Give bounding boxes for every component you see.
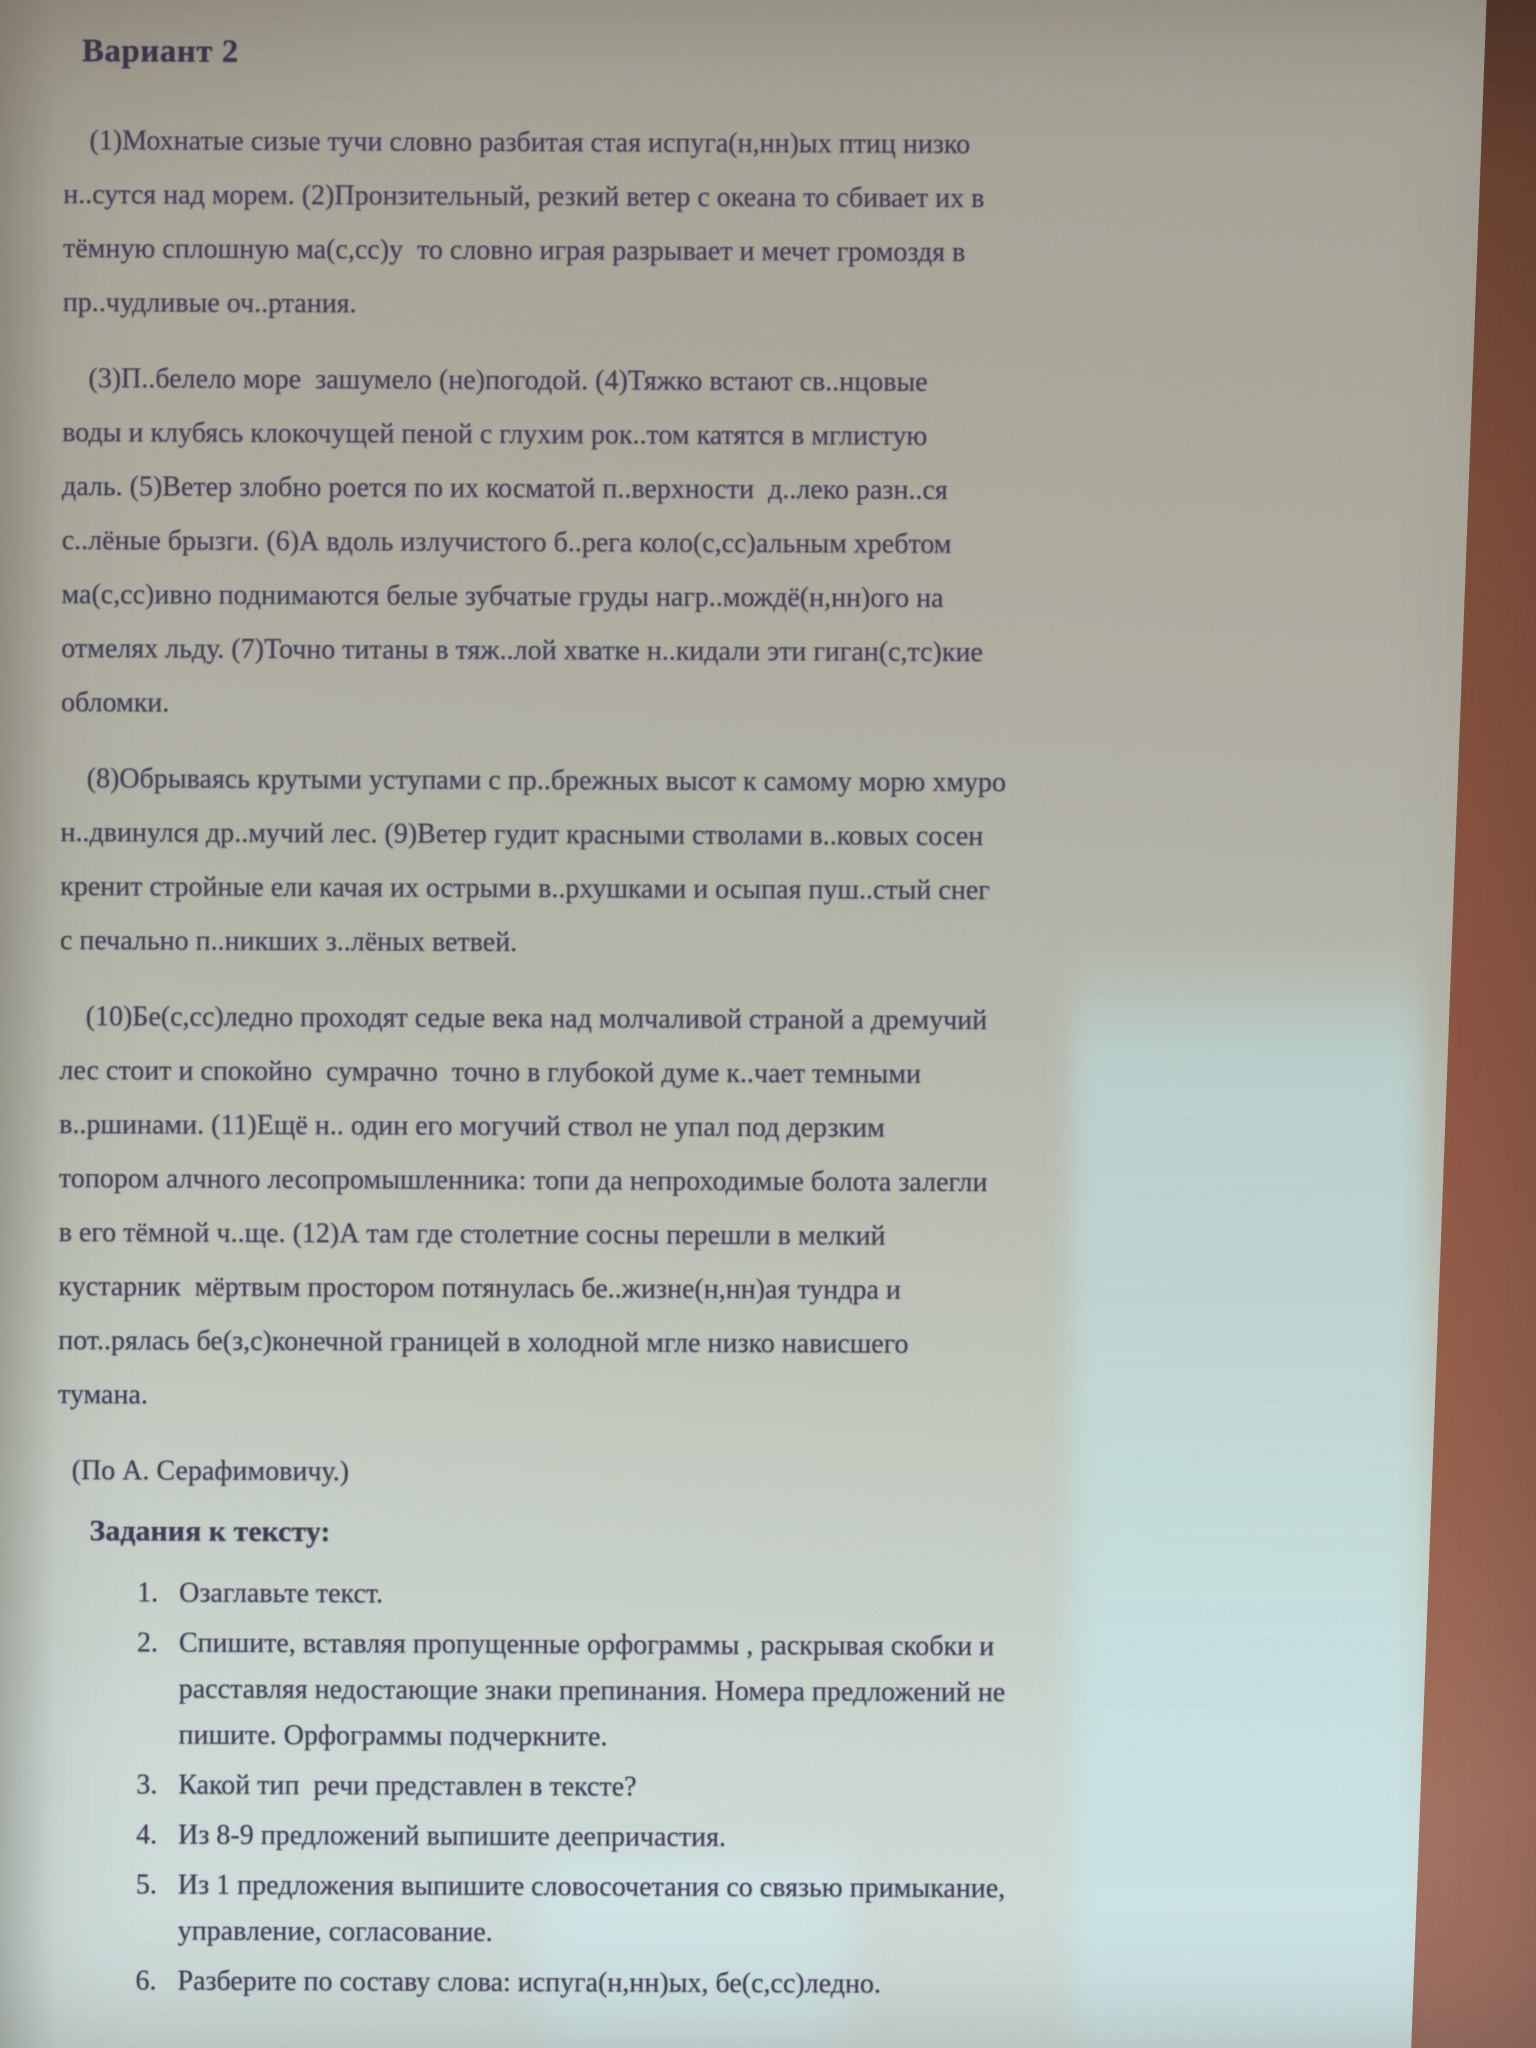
text-paragraph-4: (10)Бе(с,сс)ледно проходят седые века на… (58, 990, 1239, 1427)
author-attribution: (По А. Серафимовичу.) (72, 1444, 1237, 1503)
worksheet-content: Вариант 2 (1)Мохнатые сизые тучи словно … (49, 28, 1243, 2013)
task-number: 5. (136, 1862, 178, 1908)
task-text: Какой тип речи представлен в тексте? (178, 1763, 1235, 1814)
table-surface-edge (1406, 0, 1536, 2048)
task-number: 1. (137, 1570, 179, 1616)
task-item-2: 2. Спишите, вставляя пропущенные орфогра… (136, 1620, 1236, 1763)
text-paragraph-3: (8)Обрываясь крутыми уступами с пр..бреж… (60, 752, 1240, 973)
text-paragraph-1: (1)Мохнатые сизые тучи словно разбитая с… (63, 114, 1243, 335)
task-text: Спишите, вставляя пропущенные орфограммы… (178, 1621, 1236, 1764)
task-number: 6. (135, 1958, 177, 2004)
task-number: 4. (136, 1812, 178, 1858)
task-item-4: 4. Из 8-9 предложений выпишите деепричас… (136, 1812, 1235, 1863)
variant-title: Вариант 2 (82, 28, 1243, 79)
task-text: Озаглавьте текст. (179, 1571, 1236, 1622)
task-number: 3. (136, 1762, 178, 1808)
tasks-list: 1. Озаглавьте текст. 2. Спишите, вставля… (135, 1570, 1236, 2009)
task-text: Из 8-9 предложений выпишите деепричастия… (178, 1813, 1235, 1864)
task-item-3: 3. Какой тип речи представлен в тексте? (136, 1762, 1235, 1813)
task-number: 2. (137, 1620, 179, 1666)
worksheet-photo: Вариант 2 (1)Мохнатые сизые тучи словно … (0, 0, 1536, 2048)
task-item-1: 1. Озаглавьте текст. (137, 1570, 1236, 1621)
tasks-header: Задания к тексту: (89, 1506, 1236, 1561)
task-item-6: 6. Разберите по составу слова: испуга(н,… (135, 1958, 1234, 2009)
task-item-5: 5. Из 1 предложения выпишите словосочета… (136, 1862, 1235, 1959)
task-text: Разберите по составу слова: испуга(н,нн)… (177, 1959, 1234, 2010)
task-text: Из 1 предложения выпишите словосочетания… (178, 1863, 1235, 1960)
text-paragraph-2: (3)П..белело море зашумело (не)погодой. … (61, 352, 1242, 735)
